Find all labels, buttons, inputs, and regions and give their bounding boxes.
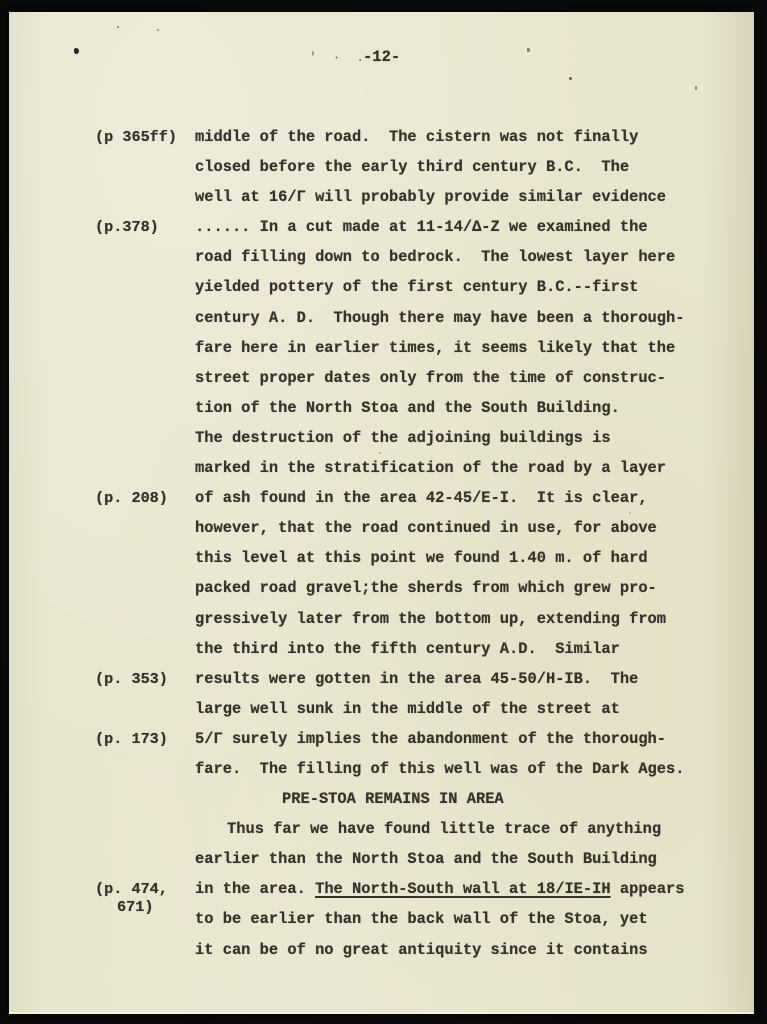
- line-text: century A. D. Though there may have been…: [195, 309, 685, 327]
- page-scan: ' · . . -12- (p 365ff)middle of the road…: [9, 12, 754, 1014]
- typed-line: (p. 173)5/Γ surely implies the abandonme…: [9, 724, 754, 754]
- paper-speck: [569, 77, 572, 80]
- typed-line: closed before the early third century B.…: [9, 152, 754, 182]
- typed-line: (p. 474,671)in the area. The North-South…: [9, 874, 754, 904]
- margin-note: (p. 173): [95, 724, 195, 748]
- margin-note: (p. 208): [95, 483, 195, 507]
- paper-speck: [157, 29, 159, 31]
- line-text: The destruction of the adjoining buildin…: [195, 429, 611, 447]
- line-text: marked in the stratification of the road…: [195, 459, 666, 477]
- page-number: -12-: [363, 48, 400, 66]
- typed-line: Thus far we have found little trace of a…: [9, 814, 754, 844]
- underlined-phrase: The North-South wall at 18/IE-IH: [315, 880, 611, 898]
- line-text: to be earlier than the back wall of the …: [195, 910, 648, 928]
- typed-line: road filling down to bedrock. The lowest…: [9, 242, 754, 272]
- margin-note: (p 365ff): [95, 122, 195, 146]
- typed-line: this level at this point we found 1.40 m…: [9, 543, 754, 573]
- typed-line: however, that the road continued in use,…: [9, 513, 754, 543]
- line-text: well at 16/Γ will probably provide simil…: [195, 188, 666, 206]
- typed-line: earlier than the North Stoa and the Sout…: [9, 844, 754, 874]
- line-text: yielded pottery of the first century B.C…: [195, 278, 638, 296]
- typed-line: the third into the fifth century A.D. Si…: [9, 634, 754, 664]
- line-text: however, that the road continued in use,…: [195, 519, 657, 537]
- line-text: this level at this point we found 1.40 m…: [195, 549, 648, 567]
- typed-line: yielded pottery of the first century B.C…: [9, 272, 754, 302]
- typed-line: (p 365ff)middle of the road. The cistern…: [9, 122, 754, 152]
- typed-line: to be earlier than the back wall of the …: [9, 904, 754, 934]
- typed-line: century A. D. Though there may have been…: [9, 303, 754, 333]
- typed-line: (p. 208)of ash found in the area 42-45/E…: [9, 483, 754, 513]
- typed-line: it can be of no great antiquity since it…: [9, 935, 754, 965]
- line-text: packed road gravel;the sherds from which…: [195, 579, 657, 597]
- line-text: it can be of no great antiquity since it…: [195, 941, 648, 959]
- paper-speck: [117, 26, 119, 28]
- margin-note: (p. 353): [95, 664, 195, 688]
- line-text: in the area. The North-South wall at 18/…: [195, 880, 685, 898]
- line-text: tion of the North Stoa and the South Bui…: [195, 399, 620, 417]
- typed-line: marked in the stratification of the road…: [9, 453, 754, 483]
- typed-line: fare here in earlier times, it seems lik…: [9, 333, 754, 363]
- line-text: PRE-STOA REMAINS IN AREA: [282, 790, 504, 808]
- paper-speck: [527, 48, 530, 52]
- typed-line: street proper dates only from the time o…: [9, 363, 754, 393]
- margin-note: (p.378): [95, 212, 195, 236]
- line-text: middle of the road. The cistern was not …: [195, 128, 638, 146]
- line-text: earlier than the North Stoa and the Sout…: [195, 850, 657, 868]
- paper-speck: [74, 48, 79, 54]
- typed-line: tion of the North Stoa and the South Bui…: [9, 393, 754, 423]
- typed-line: packed road gravel;the sherds from which…: [9, 573, 754, 603]
- section-heading: PRE-STOA REMAINS IN AREA: [9, 784, 754, 814]
- line-text: road filling down to bedrock. The lowest…: [195, 248, 675, 266]
- typed-line: well at 16/Γ will probably provide simil…: [9, 182, 754, 212]
- line-text: gressively later from the bottom up, ext…: [195, 610, 666, 628]
- paper-speck: [695, 86, 697, 90]
- text-block: (p 365ff)middle of the road. The cistern…: [9, 122, 754, 965]
- line-text: the third into the fifth century A.D. Si…: [195, 640, 620, 658]
- line-text: closed before the early third century B.…: [195, 158, 629, 176]
- line-text: results were gotten in the area 45-50/H-…: [195, 670, 638, 688]
- scan-frame: ' · . . -12- (p 365ff)middle of the road…: [0, 0, 767, 1024]
- line-text: large well sunk in the middle of the str…: [195, 700, 620, 718]
- typed-line: large well sunk in the middle of the str…: [9, 694, 754, 724]
- typed-line: fare. The filling of this well was of th…: [9, 754, 754, 784]
- typed-line: (p. 353)results were gotten in the area …: [9, 664, 754, 694]
- typed-line: gressively later from the bottom up, ext…: [9, 604, 754, 634]
- line-text: fare. The filling of this well was of th…: [195, 760, 685, 778]
- line-text: street proper dates only from the time o…: [195, 369, 666, 387]
- line-text: fare here in earlier times, it seems lik…: [195, 339, 675, 357]
- typed-line: The destruction of the adjoining buildin…: [9, 423, 754, 453]
- line-text: 5/Γ surely implies the abandonment of th…: [195, 730, 666, 748]
- line-text: of ash found in the area 42-45/E-I. It i…: [195, 489, 648, 507]
- line-text: Thus far we have found little trace of a…: [227, 820, 661, 838]
- typed-line: (p.378)...... In a cut made at 11-14/Δ-Z…: [9, 212, 754, 242]
- page-number-row: ' · . . -12-: [9, 48, 754, 68]
- line-text: ...... In a cut made at 11-14/Δ-Z we exa…: [195, 218, 648, 236]
